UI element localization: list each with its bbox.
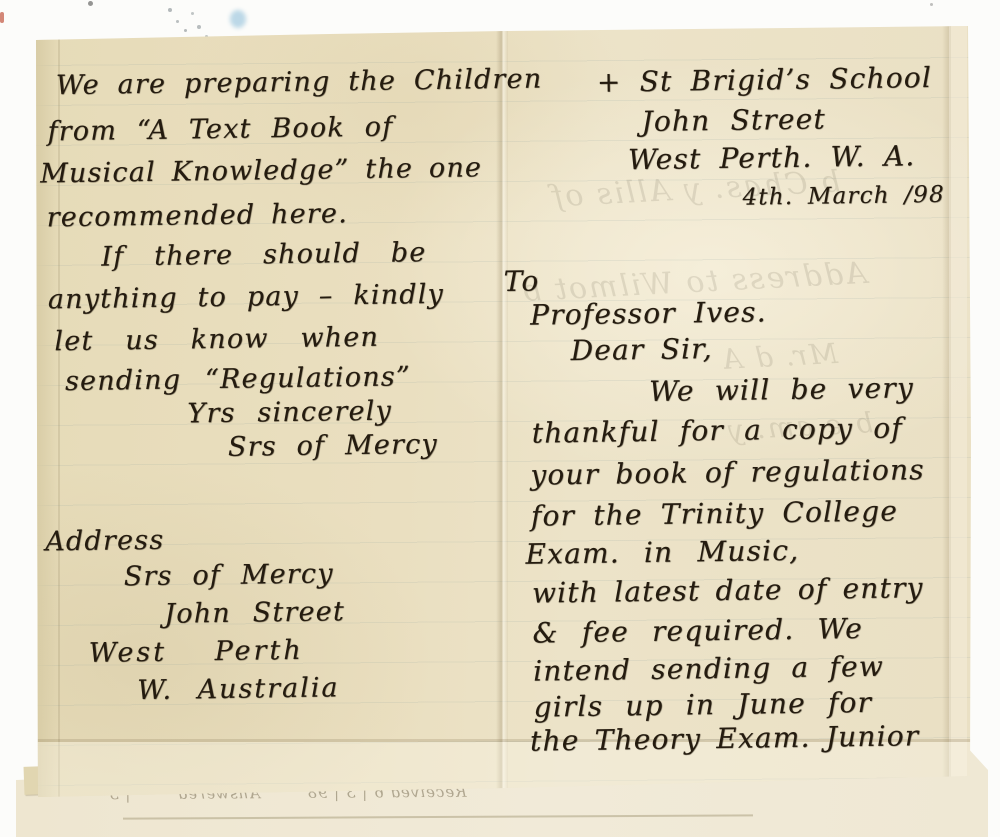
dust-speck bbox=[176, 20, 179, 23]
handwriting-line: & fee required. We bbox=[532, 615, 863, 648]
handwriting-line: for the Trinity College bbox=[531, 498, 898, 531]
handwriting-line: John Street bbox=[641, 105, 826, 136]
handwriting-line: Dear Sir, bbox=[570, 335, 713, 365]
letter-sheet: b Chas. y Allis ofAddress to Wilmot bMr.… bbox=[30, 22, 975, 799]
dust-speck bbox=[930, 3, 933, 6]
handwriting-line: Exam. in Music, bbox=[525, 537, 799, 569]
handwriting-line: 4th. March /98 bbox=[742, 184, 945, 210]
dust-speck bbox=[184, 29, 187, 32]
dark-speck bbox=[88, 1, 93, 6]
letter-scan: Received 6 | 3 | 98 Answered | 3 b Chas.… bbox=[0, 0, 1000, 837]
right-page: + St Brigid’s SchoolJohn StreetWest Pert… bbox=[30, 15, 986, 805]
handwriting-line: To bbox=[503, 268, 539, 296]
red-mark bbox=[0, 12, 4, 23]
handwriting-line: girls up in June for bbox=[533, 689, 872, 722]
dust-speck bbox=[168, 8, 172, 12]
handwriting-line: West Perth. W. A. bbox=[628, 142, 916, 174]
handwriting-line: your book of regulations bbox=[530, 456, 925, 490]
blue-ink-smudge bbox=[230, 10, 246, 28]
handwriting-line: We will be very bbox=[649, 374, 914, 406]
stamp-rule-line bbox=[123, 814, 753, 819]
handwriting-line: + St Brigid’s School bbox=[597, 64, 933, 97]
handwriting-line: with latest date of entry bbox=[532, 574, 924, 607]
handwriting-line: Professor Ives. bbox=[530, 298, 767, 329]
handwriting-line: thankful for a copy of bbox=[532, 414, 903, 447]
handwriting-line: the Theory Exam. Junior bbox=[530, 722, 920, 755]
dust-speck bbox=[197, 25, 201, 29]
handwriting-line: intend sending a few bbox=[533, 653, 884, 686]
dust-speck bbox=[191, 12, 194, 15]
